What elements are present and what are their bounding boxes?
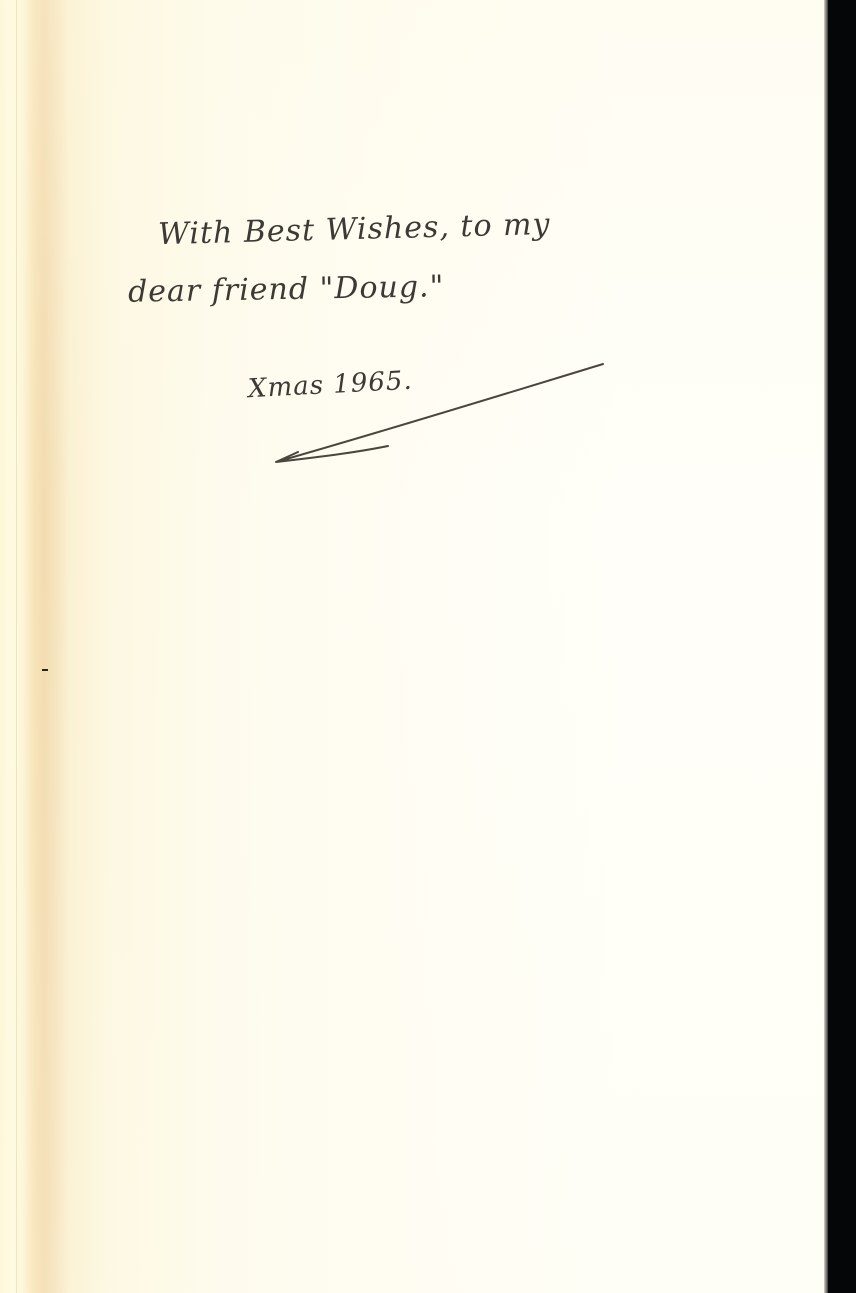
- scanned-page: With Best Wishes, to my dear friend "Dou…: [0, 0, 856, 1293]
- inscription-line-1: With Best Wishes, to my: [158, 207, 551, 252]
- gutter-fold-line: [16, 0, 17, 1293]
- page-edge: [824, 0, 828, 1293]
- margin-mark: [42, 669, 48, 671]
- book-page: With Best Wishes, to my dear friend "Dou…: [0, 0, 827, 1293]
- inscription-line-2: dear friend "Doug.": [128, 269, 445, 310]
- signature-flourish-icon: [268, 360, 608, 470]
